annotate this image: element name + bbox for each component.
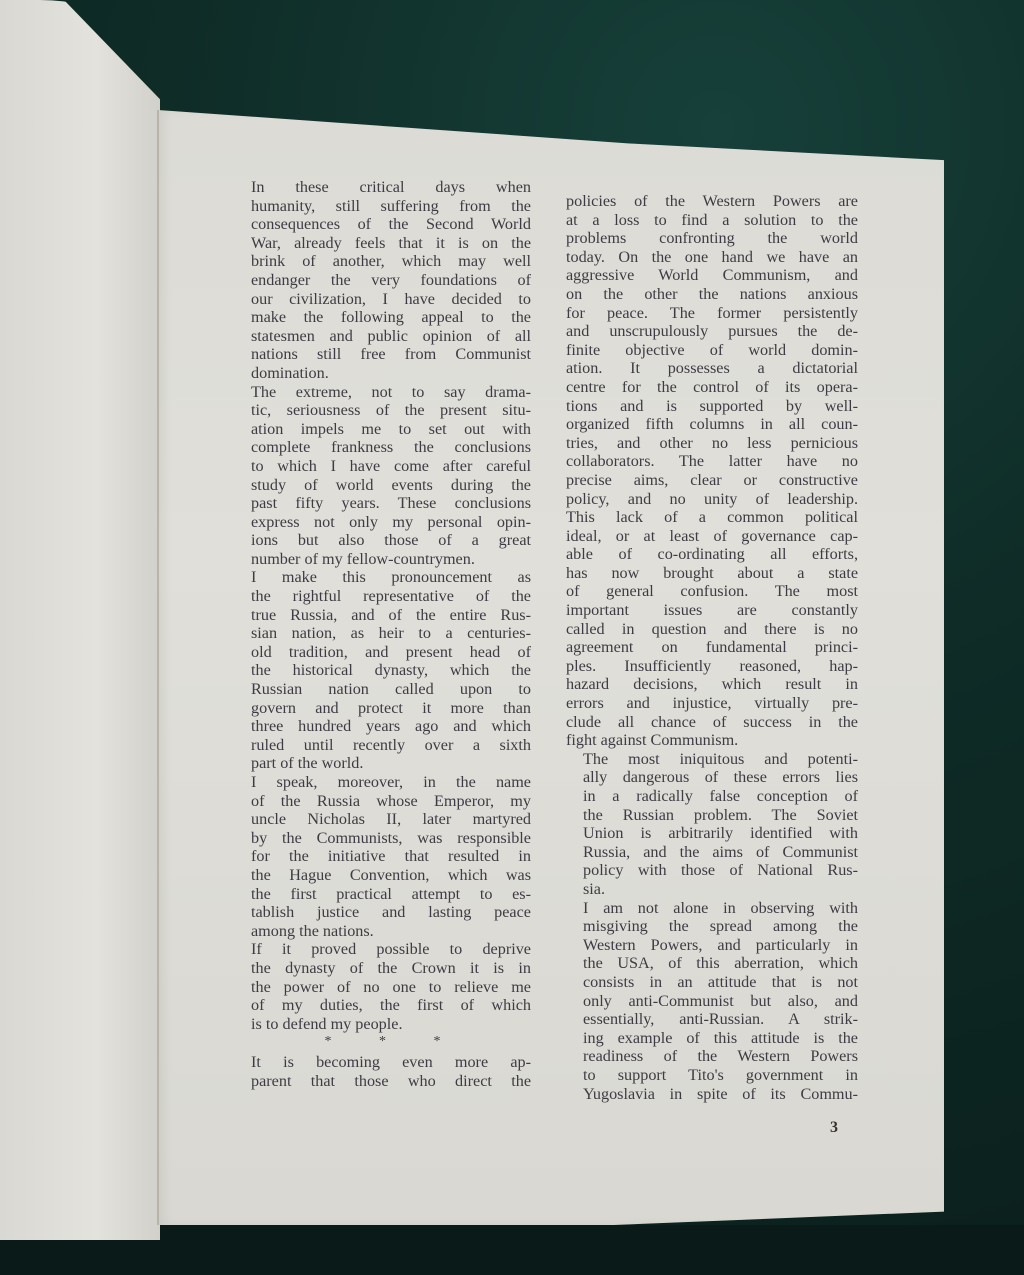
paragraph-continuation: policies of the Western Powers are at a … [566,192,858,750]
text-line: ation. It possesses a dictatorial [566,359,858,378]
text-line: statesmen and public opinion of all [234,327,531,346]
paragraph-duties: If it proved possible to deprive the dyn… [234,940,531,1033]
text-line: sia. [566,880,858,899]
text-line: It is becoming even more ap- [234,1053,531,1072]
text-line: tries, and other no less pernicious [566,434,858,453]
text-line: ples. Insufficiently reasoned, hap- [566,657,858,676]
text-line: make the following appeal to the [234,308,531,327]
paragraph-emperor: I speak, moreover, in the name of the Ru… [234,773,531,940]
text-line: Union is arbitrarily identified with [566,824,858,843]
text-line: ruled until recently over a sixth [234,736,531,755]
text-line: for peace. The former persistently [566,304,858,323]
text-line: to support Tito's government in [566,1066,858,1085]
text-line: Russia, and the aims of Communist [566,843,858,862]
text-line: nations still free from Communist [234,345,531,364]
paragraph-western-powers: It is becoming even more ap- parent that… [234,1053,531,1090]
left-text-column: In these critical days when humanity, st… [234,178,531,1091]
text-line: ions but also those of a great [234,531,531,550]
text-line: clude all chance of success in the [566,713,858,732]
text-line: the historical dynasty, which the [234,661,531,680]
text-line: tions and is supported by well- [566,397,858,416]
text-line: policies of the Western Powers are [566,192,858,211]
text-line: collaborators. The latter have no [566,452,858,471]
text-line: Western Powers, and particularly in [566,936,858,955]
text-line: able of co-ordinating all efforts, [566,545,858,564]
text-line: study of world events during the [234,476,531,495]
text-line: endanger the very foundations of [234,271,531,290]
left-page [0,0,160,1240]
paragraph-aberration: I am not alone in observing with misgivi… [566,899,858,1104]
text-line: aggressive World Communism, and [566,266,858,285]
text-line: the first practical attempt to es- [234,885,531,904]
text-line: today. On the one hand we have an [566,248,858,267]
text-line: sian nation, as heir to a centuries- [234,624,531,643]
text-line: and unscrupulously pursues the de- [566,322,858,341]
text-line: of general confusion. The most [566,582,858,601]
text-line: finite objective of world domin- [566,341,858,360]
text-line: among the nations. [234,922,531,941]
paragraph-russian-problem: The most iniquitous and potenti- ally da… [566,750,858,899]
text-line: govern and protect it more than [234,699,531,718]
text-line: tablish justice and lasting peace [234,903,531,922]
text-line: organized fifth columns in all coun- [566,415,858,434]
text-line: for the initiative that resulted in [234,847,531,866]
page-number: 3 [830,1119,838,1137]
text-line: humanity, still suffering from the [234,197,531,216]
text-line: of the Russia whose Emperor, my [234,792,531,811]
text-line: Yugoslavia in spite of its Commu- [566,1085,858,1104]
text-line: parent that those who direct the [234,1072,531,1091]
right-text-column: policies of the Western Powers are at a … [566,192,858,1103]
text-line: errors and injustice, virtually pre- [566,694,858,713]
text-line: part of the world. [234,754,531,773]
text-line: the dynasty of the Crown it is in [234,959,531,978]
text-line: In these critical days when [234,178,531,197]
text-line: true Russia, and of the entire Rus- [234,606,531,625]
text-line: ideal, or at least of governance cap- [566,527,858,546]
text-line: If it proved possible to deprive [234,940,531,959]
text-line: important issues are constantly [566,601,858,620]
text-line: I speak, moreover, in the name [234,773,531,792]
text-line: War, already feels that it is on the [234,234,531,253]
text-line: our civilization, I have decided to [234,290,531,309]
text-line: domination. [234,364,531,383]
section-separator: * * * [234,1033,531,1051]
text-line: ation impels me to set out with [234,420,531,439]
text-line: fight against Communism. [566,731,858,750]
text-line: by the Communists, was responsible [234,829,531,848]
text-line: uncle Nicholas II, later martyred [234,810,531,829]
text-line: hazard decisions, which result in [566,675,858,694]
text-line: of my duties, the first of which [234,996,531,1015]
text-line: readiness of the Western Powers [566,1047,858,1066]
text-line: the USA, of this aberration, which [566,954,858,973]
paragraph-pronouncement: I make this pronouncement as the rightfu… [234,568,531,773]
text-line: ing example of this attitude is the [566,1029,858,1048]
text-line: number of my fellow-countrymen. [234,550,531,569]
text-line: past fifty years. These conclusions [234,494,531,513]
text-line: the Hague Convention, which was [234,866,531,885]
text-line: consists in an attitude that is not [566,973,858,992]
text-line: called in question and there is no [566,620,858,639]
text-line: The most iniquitous and potenti- [566,750,858,769]
text-line: problems confronting the world [566,229,858,248]
text-line: in a radically false conception of [566,787,858,806]
text-line: tic, seriousness of the present situ- [234,401,531,420]
text-line: essentially, anti-Russian. A strik- [566,1010,858,1029]
text-line: has now brought about a state [566,564,858,583]
text-line: old tradition, and present head of [234,643,531,662]
text-line: policy with those of National Rus- [566,861,858,880]
text-line: at a loss to find a solution to the [566,211,858,230]
text-line: the Russian problem. The Soviet [566,806,858,825]
book-gutter [157,110,159,1225]
text-line: precise aims, clear or constructive [566,471,858,490]
text-line: consequences of the Second World [234,215,531,234]
text-line: three hundred years ago and which [234,717,531,736]
text-line: I make this pronouncement as [234,568,531,587]
text-line: to which I have come after careful [234,457,531,476]
text-line: The extreme, not to say drama- [234,383,531,402]
text-line: on the other the nations anxious [566,285,858,304]
text-line: express not only my personal opin- [234,513,531,532]
text-line: This lack of a common political [566,508,858,527]
text-line: misgiving the spread among the [566,917,858,936]
text-line: the rightful representative of the [234,587,531,606]
text-line: only anti-Communist but also, and [566,992,858,1011]
text-line: is to defend my people. [234,1015,531,1034]
text-line: ally dangerous of these errors lies [566,768,858,787]
text-line: centre for the control of its opera- [566,378,858,397]
text-line: I am not alone in observing with [566,899,858,918]
text-line: brink of another, which may well [234,252,531,271]
text-line: Russian nation called upon to [234,680,531,699]
text-line: the power of no one to relieve me [234,978,531,997]
paragraph-intro: In these critical days when humanity, st… [234,178,531,383]
paragraph-seriousness: The extreme, not to say drama- tic, seri… [234,383,531,569]
text-line: agreement on fundamental princi- [566,638,858,657]
text-line: complete frankness the conclusions [234,438,531,457]
text-line: policy, and no unity of leadership. [566,490,858,509]
